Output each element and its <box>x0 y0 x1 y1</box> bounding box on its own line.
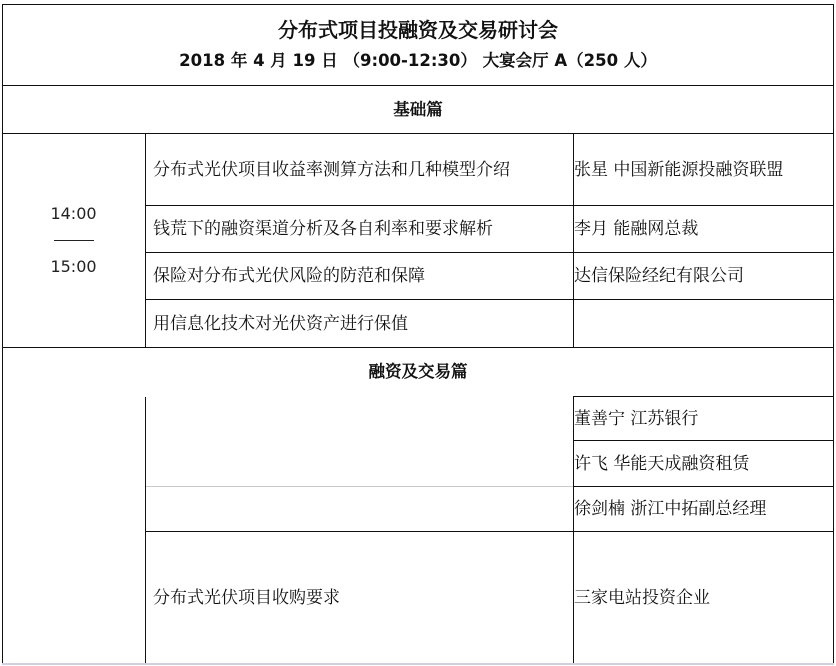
table-row: 用信息化技术对光伏资产进行保值 <box>153 300 571 347</box>
speaker: 许飞 华能天成融资租赁 <box>574 451 749 477</box>
table-row: 李月 能融网总裁 <box>574 206 834 252</box>
column-divider <box>145 397 146 663</box>
table-row: 达信保险经纪有限公司 <box>574 253 834 299</box>
table-row: 保险对分布式光伏风险的防范和保障 <box>153 253 571 299</box>
time-separator <box>54 240 94 241</box>
table-row: 许飞 华能天成融资租赁 <box>574 441 834 486</box>
table-row: 钱荒下的融资渠道分析及各自利率和要求解析 <box>153 206 571 252</box>
topic: 钱荒下的融资渠道分析及各自利率和要求解析 <box>153 216 493 242</box>
time-slot: 14:00 15:00 <box>2 134 145 347</box>
section-title-basics: 基础篇 <box>2 86 834 133</box>
table-row: 徐剑楠 浙江中拓副总经理 <box>574 487 834 531</box>
time-end: 15:00 <box>50 254 96 280</box>
speaker: 张星 中国新能源投融资联盟 <box>574 157 783 183</box>
table-row: 分布式光伏项目收购要求 <box>153 532 571 663</box>
event-details: 2018 年 4 月 19 日 （9:00-12:30） 大宴会厅 A（250 … <box>2 46 834 76</box>
divider <box>145 486 573 487</box>
section-title-financing: 融资及交易篇 <box>2 348 834 396</box>
divider <box>2 663 834 665</box>
column-divider <box>145 133 146 347</box>
table-row: 董善宁 江苏银行 <box>574 397 834 440</box>
topic: 分布式光伏项目收购要求 <box>153 585 340 611</box>
topic: 保险对分布式光伏风险的防范和保障 <box>153 263 425 289</box>
table-row: 张星 中国新能源投融资联盟 <box>574 134 834 205</box>
time-start: 14:00 <box>50 201 96 227</box>
speaker: 徐剑楠 浙江中拓副总经理 <box>574 496 766 522</box>
topic: 分布式光伏项目收益率测算方法和几种模型介绍 <box>153 157 510 183</box>
speaker: 三家电站投资企业 <box>574 585 710 611</box>
divider <box>2 4 834 5</box>
speaker: 达信保险经纪有限公司 <box>574 263 744 289</box>
speaker: 董善宁 江苏银行 <box>574 406 698 432</box>
topic: 用信息化技术对光伏资产进行保值 <box>153 311 408 337</box>
table-row: 三家电站投资企业 <box>574 532 834 663</box>
table-row <box>574 300 834 347</box>
table-row: 分布式光伏项目收益率测算方法和几种模型介绍 <box>153 134 571 205</box>
page-title: 分布式项目投融资及交易研讨会 <box>2 10 834 50</box>
speaker: 李月 能融网总裁 <box>574 216 698 242</box>
